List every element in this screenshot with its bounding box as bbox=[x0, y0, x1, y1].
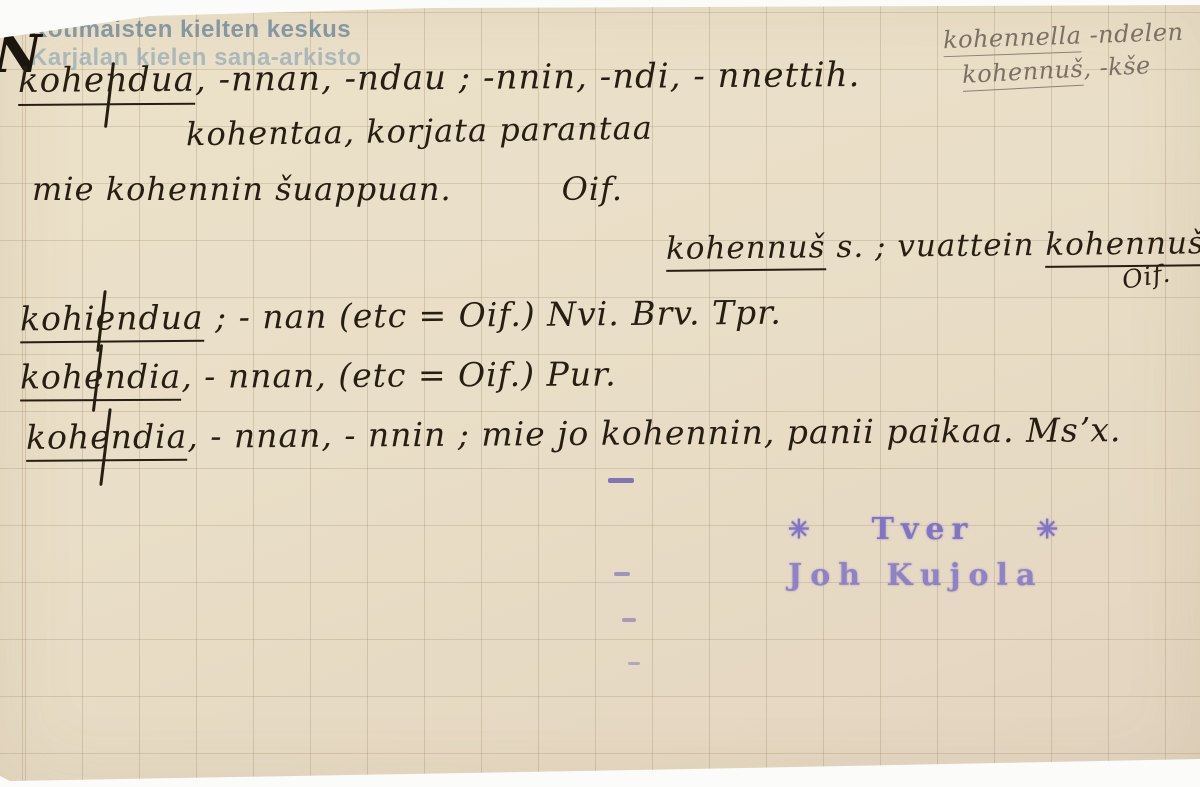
entry-line-7: kohendia, - nnan, - nnin ; mie jo kohenn… bbox=[26, 410, 1122, 457]
stamp-star-right-icon: ✳ bbox=[1036, 515, 1058, 545]
entry-line-4: kohennuš s. ; vuattein kohennuš. bbox=[666, 225, 1200, 267]
stamp-star-left-icon: ✳ bbox=[788, 515, 810, 545]
entry-line-6: kohendia, - nnan, (etc = Oif.) Pur. bbox=[20, 354, 617, 396]
headword-kohendia: kohendia bbox=[20, 357, 181, 402]
headword-kohennus-2: kohennuš bbox=[1045, 225, 1200, 268]
pencil-headword2: kohennuš bbox=[961, 55, 1084, 92]
ink-smudge bbox=[608, 478, 634, 483]
ink-smudge bbox=[622, 618, 636, 622]
pencil-note-line1: kohennella -ndelen bbox=[943, 18, 1184, 54]
headword-kohennus: kohennuš bbox=[666, 229, 826, 272]
stamp-title: Tver bbox=[872, 512, 975, 547]
ink-smudge bbox=[628, 662, 640, 665]
entry-line-3: mie kohennin šuappuan.Oif. bbox=[32, 170, 623, 208]
source-abbrev: Oif. bbox=[562, 170, 623, 208]
source-abbrev: Oif. bbox=[1120, 258, 1173, 294]
entry-line-2: kohentaa, korjata parantaa bbox=[186, 109, 653, 154]
pencil-note-line2: kohennuš, -kše bbox=[961, 51, 1151, 89]
headword-kohiendua: kohiendua bbox=[20, 298, 204, 344]
tver-stamp-row1: ✳ Tver ✳ bbox=[788, 512, 1058, 547]
archive-watermark-line1: Kotimaisten kielten keskus bbox=[30, 16, 351, 44]
index-card: Kotimaisten kielten keskus Karjalan kiel… bbox=[0, 0, 1200, 787]
ink-smudge bbox=[614, 572, 630, 576]
pencil-headword: kohennella bbox=[943, 21, 1082, 57]
stamp-collector-name: Joh Kujola bbox=[788, 558, 1043, 593]
entry-line-1: kohendua, -nnan, -ndau ; -nnin, -ndi, - … bbox=[18, 55, 861, 101]
entry-line-5: kohiendua ; - nan (etc = Oif.) Nvi. Brv.… bbox=[20, 293, 782, 339]
